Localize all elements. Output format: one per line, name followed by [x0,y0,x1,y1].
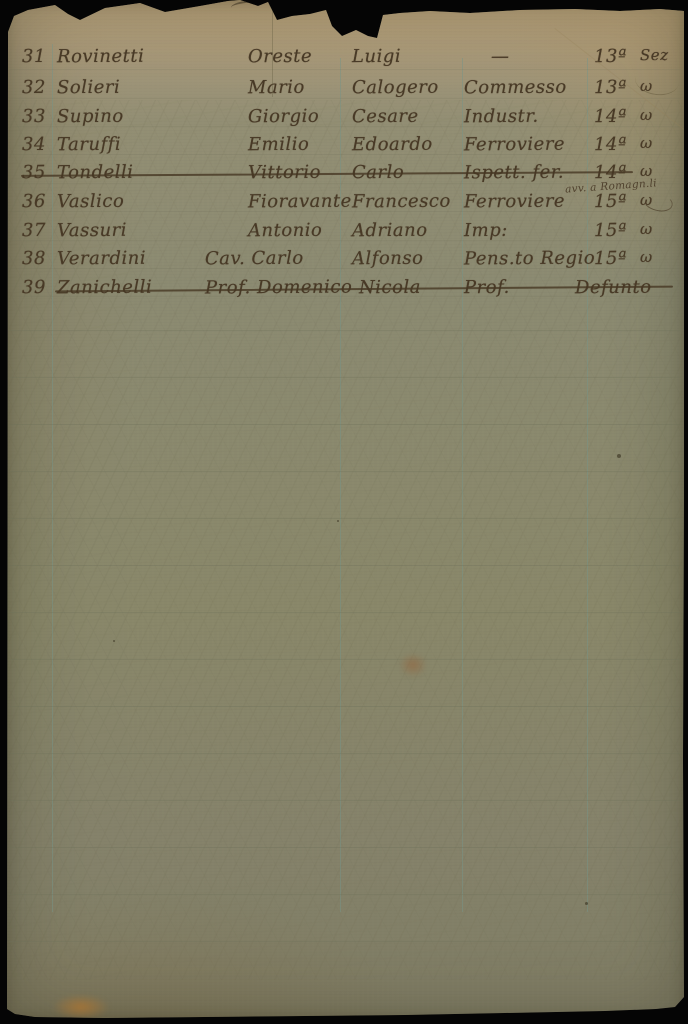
register-row-36: 36 Vaslico Fioravante Francesco Ferrovie… [7,191,684,221]
entry-number: 38 [22,248,46,269]
document-page: 31 Rovinetti Oreste Luigi — 13ª Sez 32 S… [7,0,684,1019]
row-rule [9,330,681,331]
register-row-33: 33 Supino Giorgio Cesare Industr. 14ª ω [7,106,684,136]
section-number: 14ª [594,106,627,127]
entry-number: 35 [22,162,46,183]
row-rule [9,941,681,942]
second-name: Francesco [352,191,451,213]
torn-edge-writing-fragment [415,1,441,10]
entry-number: 36 [22,191,46,212]
surname: Verardini [57,248,146,270]
row-rule [9,800,681,801]
register-row-32: 32 Solieri Mario Calogero Commesso 13ª ω [7,77,684,107]
second-name: Luigi [352,46,401,67]
paper-speck [337,520,339,522]
section-number: 15ª [594,220,627,241]
first-name: Fioravante [248,191,352,213]
ditto-mark: ω [640,134,653,152]
first-name: Emilio [248,134,309,155]
section-number: 15ª [594,191,627,212]
entry-number: 31 [22,46,46,67]
row-rule [9,847,681,848]
surname: Vassuri [57,220,127,241]
register-row-37: 37 Vassuri Antonio Adriano Imp: 15ª ω [7,220,684,250]
surname: Solieri [57,77,120,98]
profession: Imp: [464,220,508,241]
section-number: 15ª [594,248,627,269]
first-name: Mario [248,77,305,98]
row-rule [9,377,681,378]
second-name: Adriano [352,220,428,242]
row-rule [9,565,681,566]
ditto-mark: ω [640,106,653,124]
profession: Ferroviere [464,134,565,156]
surname: Zanichelli [57,277,152,299]
row-rule [9,518,681,519]
row-rule [9,706,681,707]
paper-speck [585,902,588,905]
register-row-38: 38 Verardini Cav. Carlo Alfonso Pens.to … [7,248,684,278]
entry-number: 33 [22,106,46,127]
profession: Pens.to Regio [464,248,595,270]
ditto-mark: ω [640,220,653,238]
entry-number: 37 [22,220,46,241]
torn-edge-writing-fragment [231,0,262,13]
section-number: 14ª [594,134,627,155]
surname: Taruffi [57,134,121,155]
section-label: Sez [640,46,669,64]
ditto-mark: ω [640,248,653,266]
row-rule [9,424,681,425]
second-name: Alfonso [352,248,424,269]
paper-stain [52,994,110,1020]
surname: Supino [57,106,124,127]
paper-stain [399,653,427,677]
surname: Tondelli [57,162,134,184]
register-row-34: 34 Taruffi Emilio Edoardo Ferroviere 14ª… [7,134,684,164]
paper-speck [113,640,115,642]
paper-crease [272,2,273,97]
profession: Industr. [464,106,539,128]
row-rule [9,471,681,472]
surname: Vaslico [57,191,124,212]
paper-speck [617,454,621,458]
first-name: Oreste [248,46,312,67]
first-name: Antonio [248,220,323,242]
row-rule [9,612,681,613]
first-name: Giorgio [248,106,319,127]
row-rule [9,753,681,754]
profession: Ferroviere [464,191,565,213]
profession: Commesso [464,77,567,99]
second-name: Cesare [352,106,419,127]
row-rule [9,659,681,660]
row-rule [9,894,681,895]
profession-dash: — [491,46,510,67]
entry-number: 32 [22,77,46,98]
second-name: Edoardo [352,134,433,156]
scan-background: 31 Rovinetti Oreste Luigi — 13ª Sez 32 S… [0,0,688,1024]
entry-number: 39 [22,277,46,298]
entry-number: 34 [22,134,46,155]
surname: Rovinetti [57,46,144,68]
first-name: Cav. Carlo [205,248,304,270]
second-name: Calogero [352,77,439,99]
